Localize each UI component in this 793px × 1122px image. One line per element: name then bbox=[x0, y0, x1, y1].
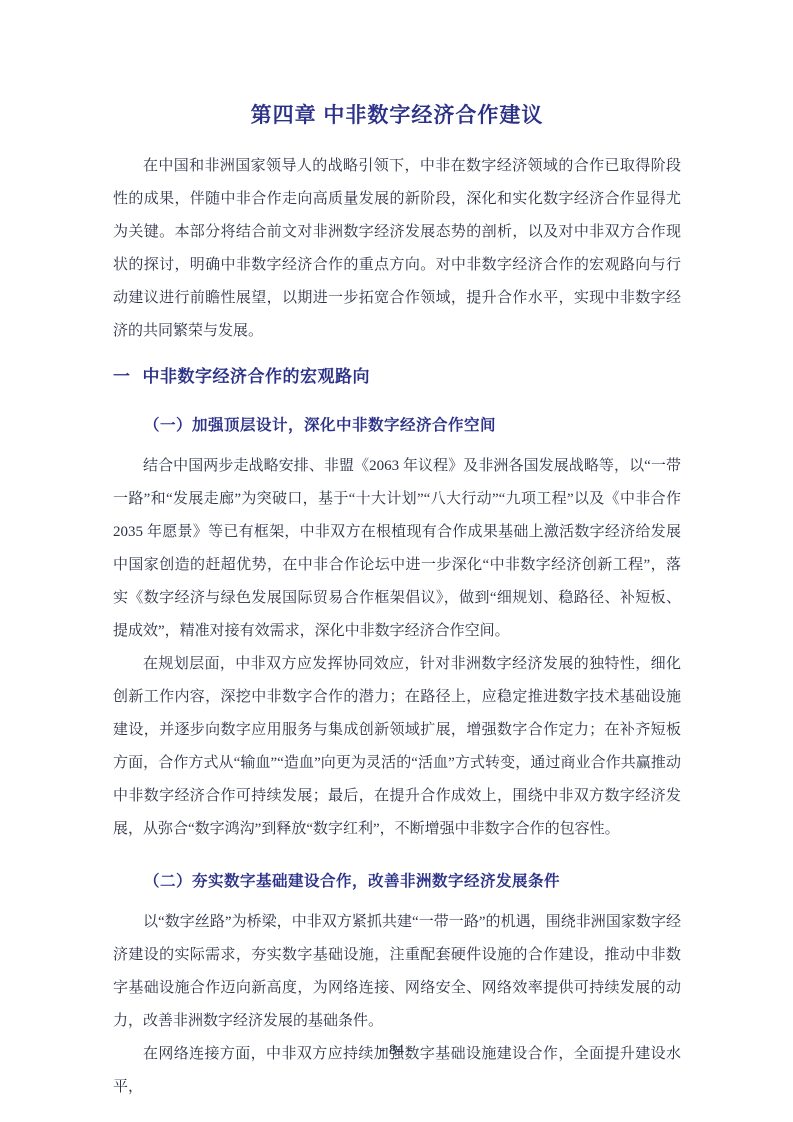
section-1-number: 一 bbox=[113, 367, 131, 386]
subsection-2-heading: （二）夯实数字基础建设合作，改善非洲数字经济发展条件 bbox=[113, 870, 681, 894]
section-1-title: 中非数字经济合作的宏观路向 bbox=[143, 367, 371, 386]
chapter-title: 第四章 中非数字经济合作建议 bbox=[113, 101, 681, 131]
document-content: 第四章 中非数字经济合作建议 在中国和非洲国家领导人的战略引领下，中非在数字经济… bbox=[113, 0, 681, 1104]
intro-paragraph: 在中国和非洲国家领导人的战略引领下，中非在数字经济领域的合作已取得阶段性的成果，… bbox=[113, 150, 681, 348]
document-page: 第四章 中非数字经济合作建议 在中国和非洲国家领导人的战略引领下，中非在数字经济… bbox=[0, 0, 793, 1122]
section-1-heading: 一中非数字经济合作的宏观路向 bbox=[113, 364, 681, 390]
subsection-2-paragraph-1: 以“数字丝路”为桥梁，中非双方紧抓共建“一带一路”的机遇，围绕非洲国家数字经济建… bbox=[113, 906, 681, 1038]
subsection-1-heading: （一）加强顶层设计，深化中非数字经济合作空间 bbox=[113, 414, 681, 438]
subsection-1-paragraph-2: 在规划层面，中非双方应发挥协同效应，针对非洲数字经济发展的独特性，细化创新工作内… bbox=[113, 648, 681, 846]
page-number: - 84 - bbox=[0, 1042, 793, 1059]
subsection-1-paragraph-1: 结合中国两步走战略安排、非盟《2063 年议程》及非洲各国发展战略等，以“一带一… bbox=[113, 450, 681, 648]
